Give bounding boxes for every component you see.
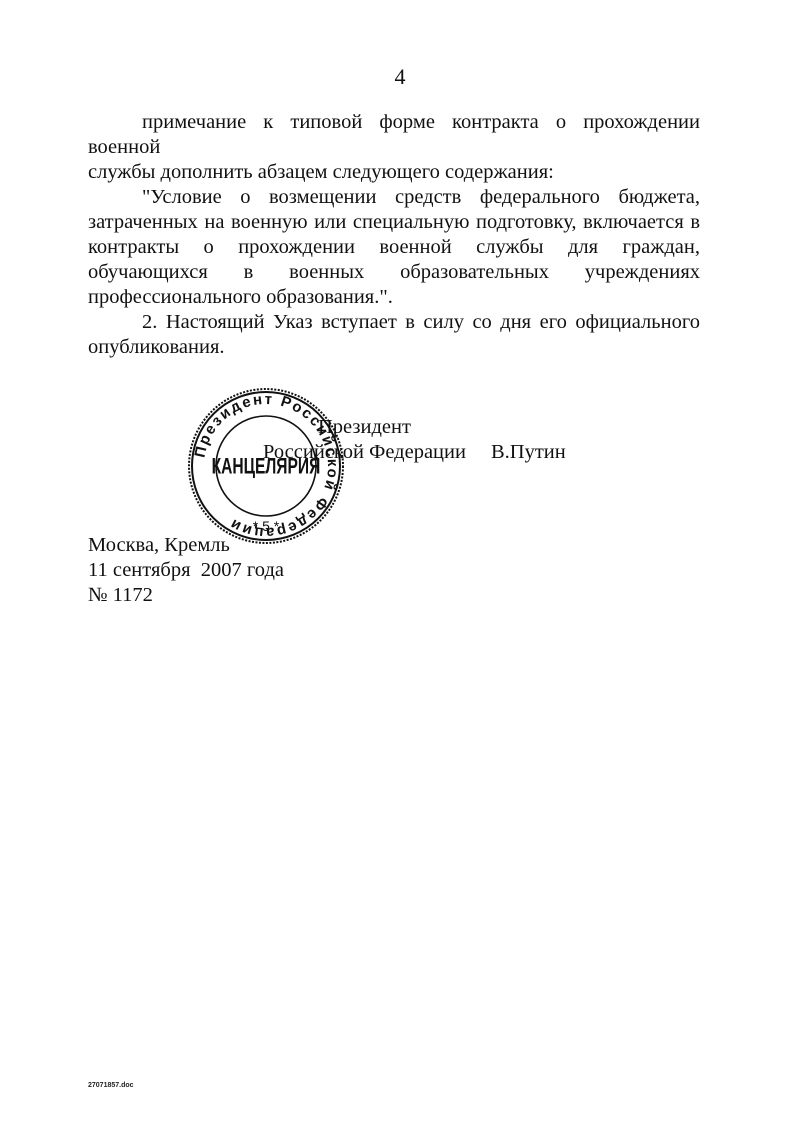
- body-line: "Условие о возмещении средств федерально…: [88, 185, 700, 210]
- date: 11 сентября 2007 года: [88, 558, 284, 583]
- document-body: примечание к типовой форме контракта о п…: [88, 110, 700, 360]
- body-line: 2. Настоящий Указ вступает в силу со дня…: [88, 310, 700, 335]
- body-line: контракты о прохождении военной службы д…: [88, 235, 700, 260]
- decree-number: № 1172: [88, 583, 284, 608]
- place: Москва, Кремль: [88, 533, 284, 558]
- body-line: затраченных на военную или специальную п…: [88, 210, 700, 235]
- body-line: обучающихся в военных образовательных уч…: [88, 260, 700, 285]
- place-date-block: Москва, Кремль 11 сентября 2007 года № 1…: [88, 533, 284, 608]
- body-line: службы дополнить абзацем следующего соде…: [88, 160, 700, 185]
- body-line: профессионального образования.".: [88, 285, 700, 310]
- signature-name: В.Путин: [491, 441, 566, 464]
- page-number: 4: [0, 64, 800, 90]
- footer-doc-code: 27071857.doc: [88, 1082, 134, 1089]
- body-line: опубликования.: [88, 335, 700, 360]
- stamp-center-text: КАНЦЕЛЯРИЯ: [212, 455, 321, 479]
- official-stamp: Президент Российской Федерации КАНЦЕЛЯРИ…: [186, 386, 346, 546]
- body-line: примечание к типовой форме контракта о п…: [88, 110, 700, 160]
- stamp-bottom-text: * 5 *: [253, 518, 280, 534]
